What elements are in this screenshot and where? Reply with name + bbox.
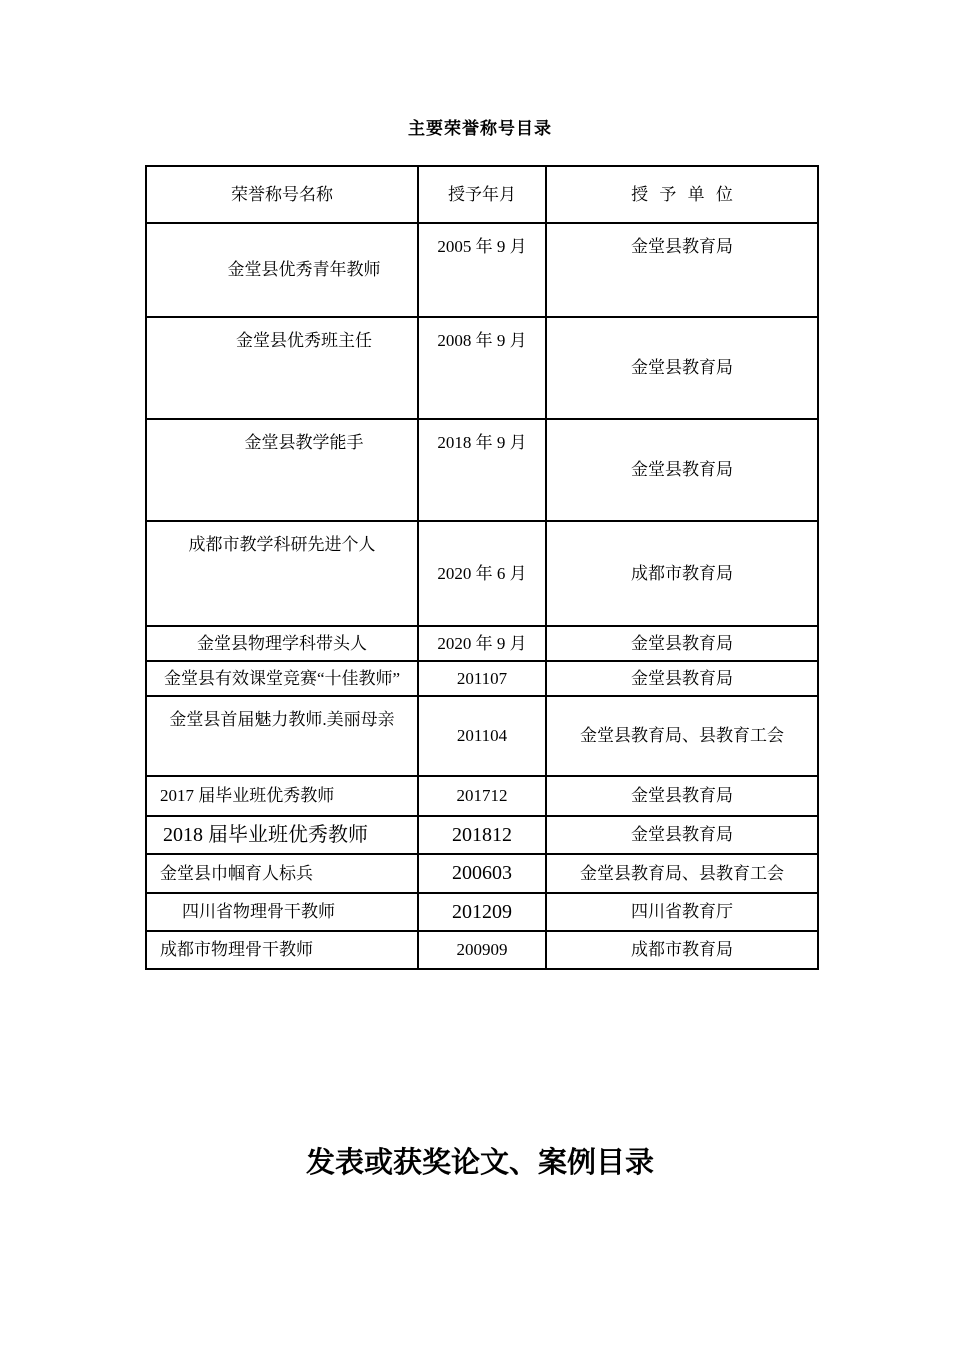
section-heading: 发表或获奖论文、案例目录 <box>0 1140 960 1181</box>
cell-unit: 金堂县教育局 <box>546 661 818 696</box>
cell-name: 2017 届毕业班优秀教师 <box>146 776 418 816</box>
cell-unit: 四川省教育厅 <box>546 893 818 931</box>
page-title: 主要荣誉称号目录 <box>0 114 960 139</box>
cell-name: 成都市物理骨干教师 <box>146 931 418 969</box>
cell-unit: 金堂县教育局 <box>546 317 818 419</box>
cell-date: 200603 <box>418 854 546 893</box>
table-row: 金堂县教学能手 2018 年 9 月 金堂县教育局 <box>146 419 818 521</box>
table-row: 2018 届毕业班优秀教师 201812 金堂县教育局 <box>146 816 818 854</box>
table-row: 金堂县首届魅力教师.美丽母亲 201104 金堂县教育局、县教育工会 <box>146 696 818 776</box>
table-row: 金堂县物理学科带头人 2020 年 9 月 金堂县教育局 <box>146 626 818 661</box>
document-page: 主要荣誉称号目录 荣誉称号名称 授予年月 授 予 单 位 金堂县优秀青年教师 2… <box>0 0 960 1357</box>
table-row: 四川省物理骨干教师 201209 四川省教育厅 <box>146 893 818 931</box>
cell-name: 金堂县优秀班主任 <box>146 317 418 419</box>
table-row: 2017 届毕业班优秀教师 201712 金堂县教育局 <box>146 776 818 816</box>
cell-date: 2018 年 9 月 <box>418 419 546 521</box>
cell-unit: 成都市教育局 <box>546 931 818 969</box>
cell-unit: 金堂县教育局 <box>546 223 818 317</box>
cell-date: 201712 <box>418 776 546 816</box>
cell-date: 2020 年 6 月 <box>418 521 546 626</box>
table-row: 金堂县优秀班主任 2008 年 9 月 金堂县教育局 <box>146 317 818 419</box>
cell-unit: 成都市教育局 <box>546 521 818 626</box>
table-row: 成都市教学科研先进个人 2020 年 6 月 成都市教育局 <box>146 521 818 626</box>
cell-name: 2018 届毕业班优秀教师 <box>146 816 418 854</box>
cell-name: 四川省物理骨干教师 <box>146 893 418 931</box>
cell-date: 2020 年 9 月 <box>418 626 546 661</box>
cell-unit: 金堂县教育局 <box>546 816 818 854</box>
cell-name: 金堂县巾帼育人标兵 <box>146 854 418 893</box>
cell-unit: 金堂县教育局、县教育工会 <box>546 696 818 776</box>
cell-name: 金堂县优秀青年教师 <box>146 223 418 317</box>
table-row: 金堂县巾帼育人标兵 200603 金堂县教育局、县教育工会 <box>146 854 818 893</box>
cell-name: 金堂县教学能手 <box>146 419 418 521</box>
header-cell-unit: 授 予 单 位 <box>546 166 818 223</box>
cell-date: 201209 <box>418 893 546 931</box>
table-row: 金堂县优秀青年教师 2005 年 9 月 金堂县教育局 <box>146 223 818 317</box>
cell-date: 201107 <box>418 661 546 696</box>
cell-date: 200909 <box>418 931 546 969</box>
cell-name: 成都市教学科研先进个人 <box>146 521 418 626</box>
cell-date: 2008 年 9 月 <box>418 317 546 419</box>
cell-unit: 金堂县教育局 <box>546 626 818 661</box>
cell-name: 金堂县物理学科带头人 <box>146 626 418 661</box>
table-row: 成都市物理骨干教师 200909 成都市教育局 <box>146 931 818 969</box>
header-cell-date: 授予年月 <box>418 166 546 223</box>
honors-table: 荣誉称号名称 授予年月 授 予 单 位 金堂县优秀青年教师 2005 年 9 月… <box>145 165 819 970</box>
table-row: 金堂县有效课堂竞赛“十佳教师” 201107 金堂县教育局 <box>146 661 818 696</box>
cell-date: 2005 年 9 月 <box>418 223 546 317</box>
header-cell-name: 荣誉称号名称 <box>146 166 418 223</box>
table-header-row: 荣誉称号名称 授予年月 授 予 单 位 <box>146 166 818 223</box>
cell-name: 金堂县首届魅力教师.美丽母亲 <box>146 696 418 776</box>
cell-date: 201812 <box>418 816 546 854</box>
cell-name: 金堂县有效课堂竞赛“十佳教师” <box>146 661 418 696</box>
cell-unit: 金堂县教育局 <box>546 419 818 521</box>
cell-unit: 金堂县教育局、县教育工会 <box>546 854 818 893</box>
cell-date: 201104 <box>418 696 546 776</box>
cell-unit: 金堂县教育局 <box>546 776 818 816</box>
